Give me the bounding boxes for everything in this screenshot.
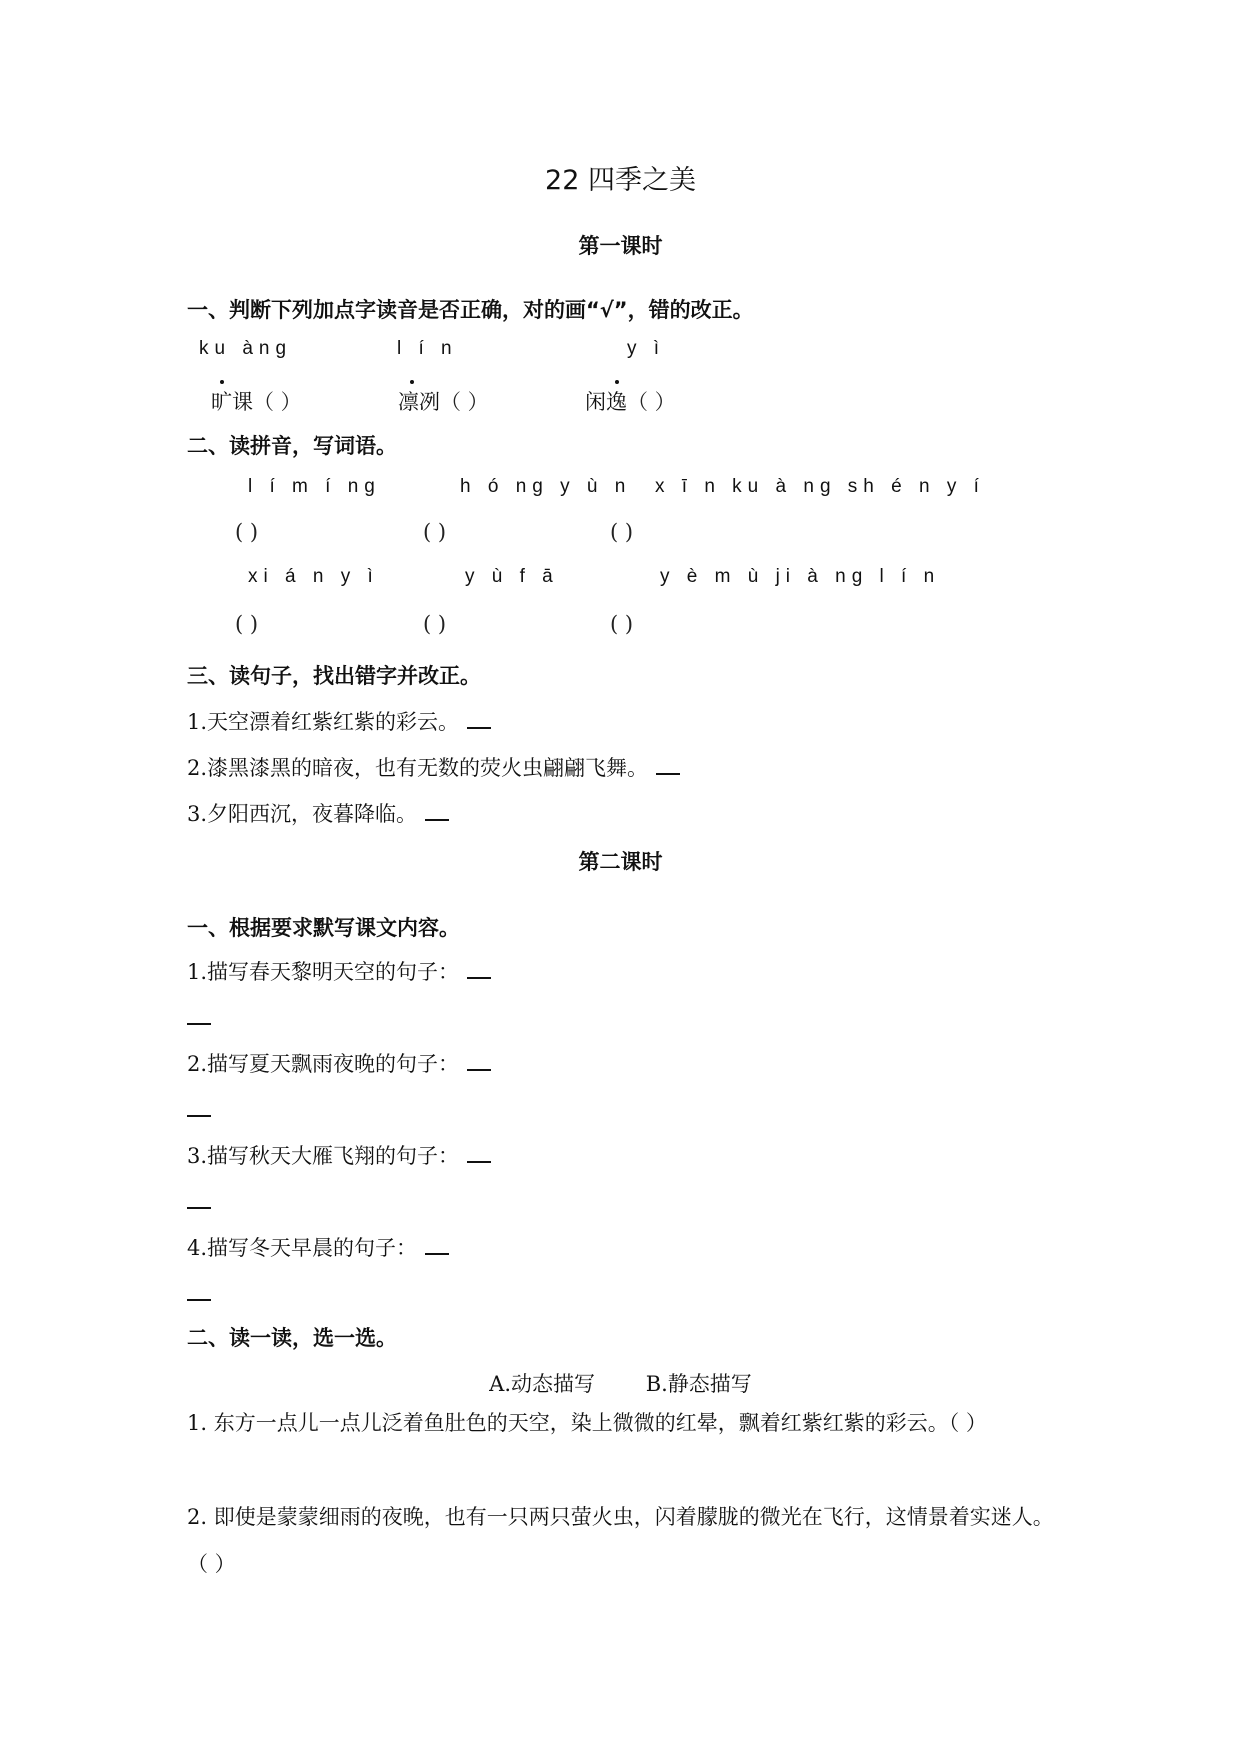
prompt-text: 1.描写春天黎明天空的句子： xyxy=(187,960,459,984)
answer-paren-xianyi[interactable]: ( ) xyxy=(235,612,258,636)
prompt-text: 2.描写夏天飘雨夜晚的句子： xyxy=(187,1052,459,1076)
pinyin-xianyi: xi á n y ì xyxy=(248,566,379,588)
answer-blank-continued[interactable] xyxy=(187,1023,211,1025)
sentence-text: 2.漆黑漆黑的暗夜，也有无数的荧火虫翩翩飞舞。 xyxy=(187,756,648,780)
answer-blank-continued[interactable] xyxy=(187,1299,211,1301)
pinyin-kuang: ku àng xyxy=(199,338,292,360)
answer-blank[interactable] xyxy=(425,801,449,821)
answer-paren[interactable]: （ ） xyxy=(253,390,302,414)
answer-blank[interactable] xyxy=(467,1051,491,1071)
answer-blank[interactable] xyxy=(656,755,680,775)
answer-blank[interactable] xyxy=(467,959,491,979)
word: 凛冽 xyxy=(398,390,440,414)
l1-q3-heading: 三、读句子，找出错字并改正。 xyxy=(187,660,481,690)
pinyin-yemujianglin: y è m ù ji à ng l í n xyxy=(660,566,940,588)
answer-blank[interactable] xyxy=(467,1143,491,1163)
emphasis-dot xyxy=(220,380,224,384)
prompt-text: 4.描写冬天早晨的句子： xyxy=(187,1236,417,1260)
l2-q1-heading: 一、根据要求默写课文内容。 xyxy=(187,912,460,942)
answer-blank[interactable] xyxy=(425,1235,449,1255)
lesson-2-label: 第二课时 xyxy=(0,846,1241,876)
l1-q1-heading: 一、判断下列加点字读音是否正确，对的画“√”，错的改正。 xyxy=(187,294,754,324)
answer-paren[interactable]: （ ） xyxy=(440,390,489,414)
answer-paren-yufa[interactable]: ( ) xyxy=(423,612,446,636)
answer-blank[interactable] xyxy=(467,709,491,729)
word: 旷课 xyxy=(211,390,253,414)
emphasis-dot xyxy=(615,380,619,384)
pinyin-liming: l í m í ng xyxy=(248,476,381,498)
pinyin-xinkuangshenyi: x ī n ku à ng sh é n y í xyxy=(655,476,985,498)
answer-paren-yemujianglin[interactable]: ( ) xyxy=(610,612,633,636)
choice-options: A.动态描写 B.静态描写 xyxy=(0,1368,1241,1398)
option-a: A.动态描写 xyxy=(489,1372,595,1396)
recite-item-1: 1.描写春天黎明天空的句子： xyxy=(187,956,491,986)
word: 闲逸 xyxy=(585,390,627,414)
pinyin-lin: l í n xyxy=(397,338,458,360)
answer-blank-continued[interactable] xyxy=(187,1207,211,1209)
option-b: B.静态描写 xyxy=(646,1372,752,1396)
lesson-1-label: 第一课时 xyxy=(0,230,1241,260)
answer-paren-hongyun[interactable]: ( ) xyxy=(423,520,446,544)
prompt-text: 3.描写秋天大雁飞翔的句子： xyxy=(187,1144,459,1168)
sentence-text: 3.夕阳西沉，夜暮降临。 xyxy=(187,802,417,826)
pinyin-hongyun: h ó ng y ù n xyxy=(460,476,631,498)
item-linlie: 凛冽（ ） xyxy=(398,386,489,416)
pinyin-yufa: y ù f ā xyxy=(465,566,559,588)
sentence-1: 1.天空漂着红紫红紫的彩云。 xyxy=(187,706,491,736)
recite-item-2: 2.描写夏天飘雨夜晚的句子： xyxy=(187,1048,491,1078)
pinyin-yi: y ì xyxy=(627,338,665,360)
answer-paren-liming[interactable]: ( ) xyxy=(235,520,258,544)
recite-item-4: 4.描写冬天早晨的句子： xyxy=(187,1232,449,1262)
sentence-text: 1.天空漂着红紫红紫的彩云。 xyxy=(187,710,459,734)
sentence-2: 2.漆黑漆黑的暗夜，也有无数的荧火虫翩翩飞舞。 xyxy=(187,752,680,782)
l2-q2-heading: 二、读一读，选一选。 xyxy=(187,1322,397,1352)
page-title: 22 四季之美 xyxy=(0,158,1241,197)
item-kuangke: 旷课（ ） xyxy=(211,386,302,416)
answer-paren-xinkuangshenyi[interactable]: ( ) xyxy=(610,520,633,544)
answer-paren[interactable]: （ ） xyxy=(627,390,676,414)
emphasis-dot xyxy=(410,380,414,384)
l1-q2-heading: 二、读拼音，写词语。 xyxy=(187,430,397,460)
sentence-3: 3.夕阳西沉，夜暮降临。 xyxy=(187,798,449,828)
answer-blank-continued[interactable] xyxy=(187,1115,211,1117)
choice-item-2: 2. 即使是蒙蒙细雨的夜晚，也有一只两只萤火虫，闪着朦胧的微光在飞行，这情景着实… xyxy=(187,1494,1057,1588)
item-xianyi: 闲逸（ ） xyxy=(585,386,676,416)
recite-item-3: 3.描写秋天大雁飞翔的句子： xyxy=(187,1140,491,1170)
choice-item-1: 1. 东方一点儿一点儿泛着鱼肚色的天空，染上微微的红晕，飘着红紫红紫的彩云。（ … xyxy=(187,1400,1057,1447)
